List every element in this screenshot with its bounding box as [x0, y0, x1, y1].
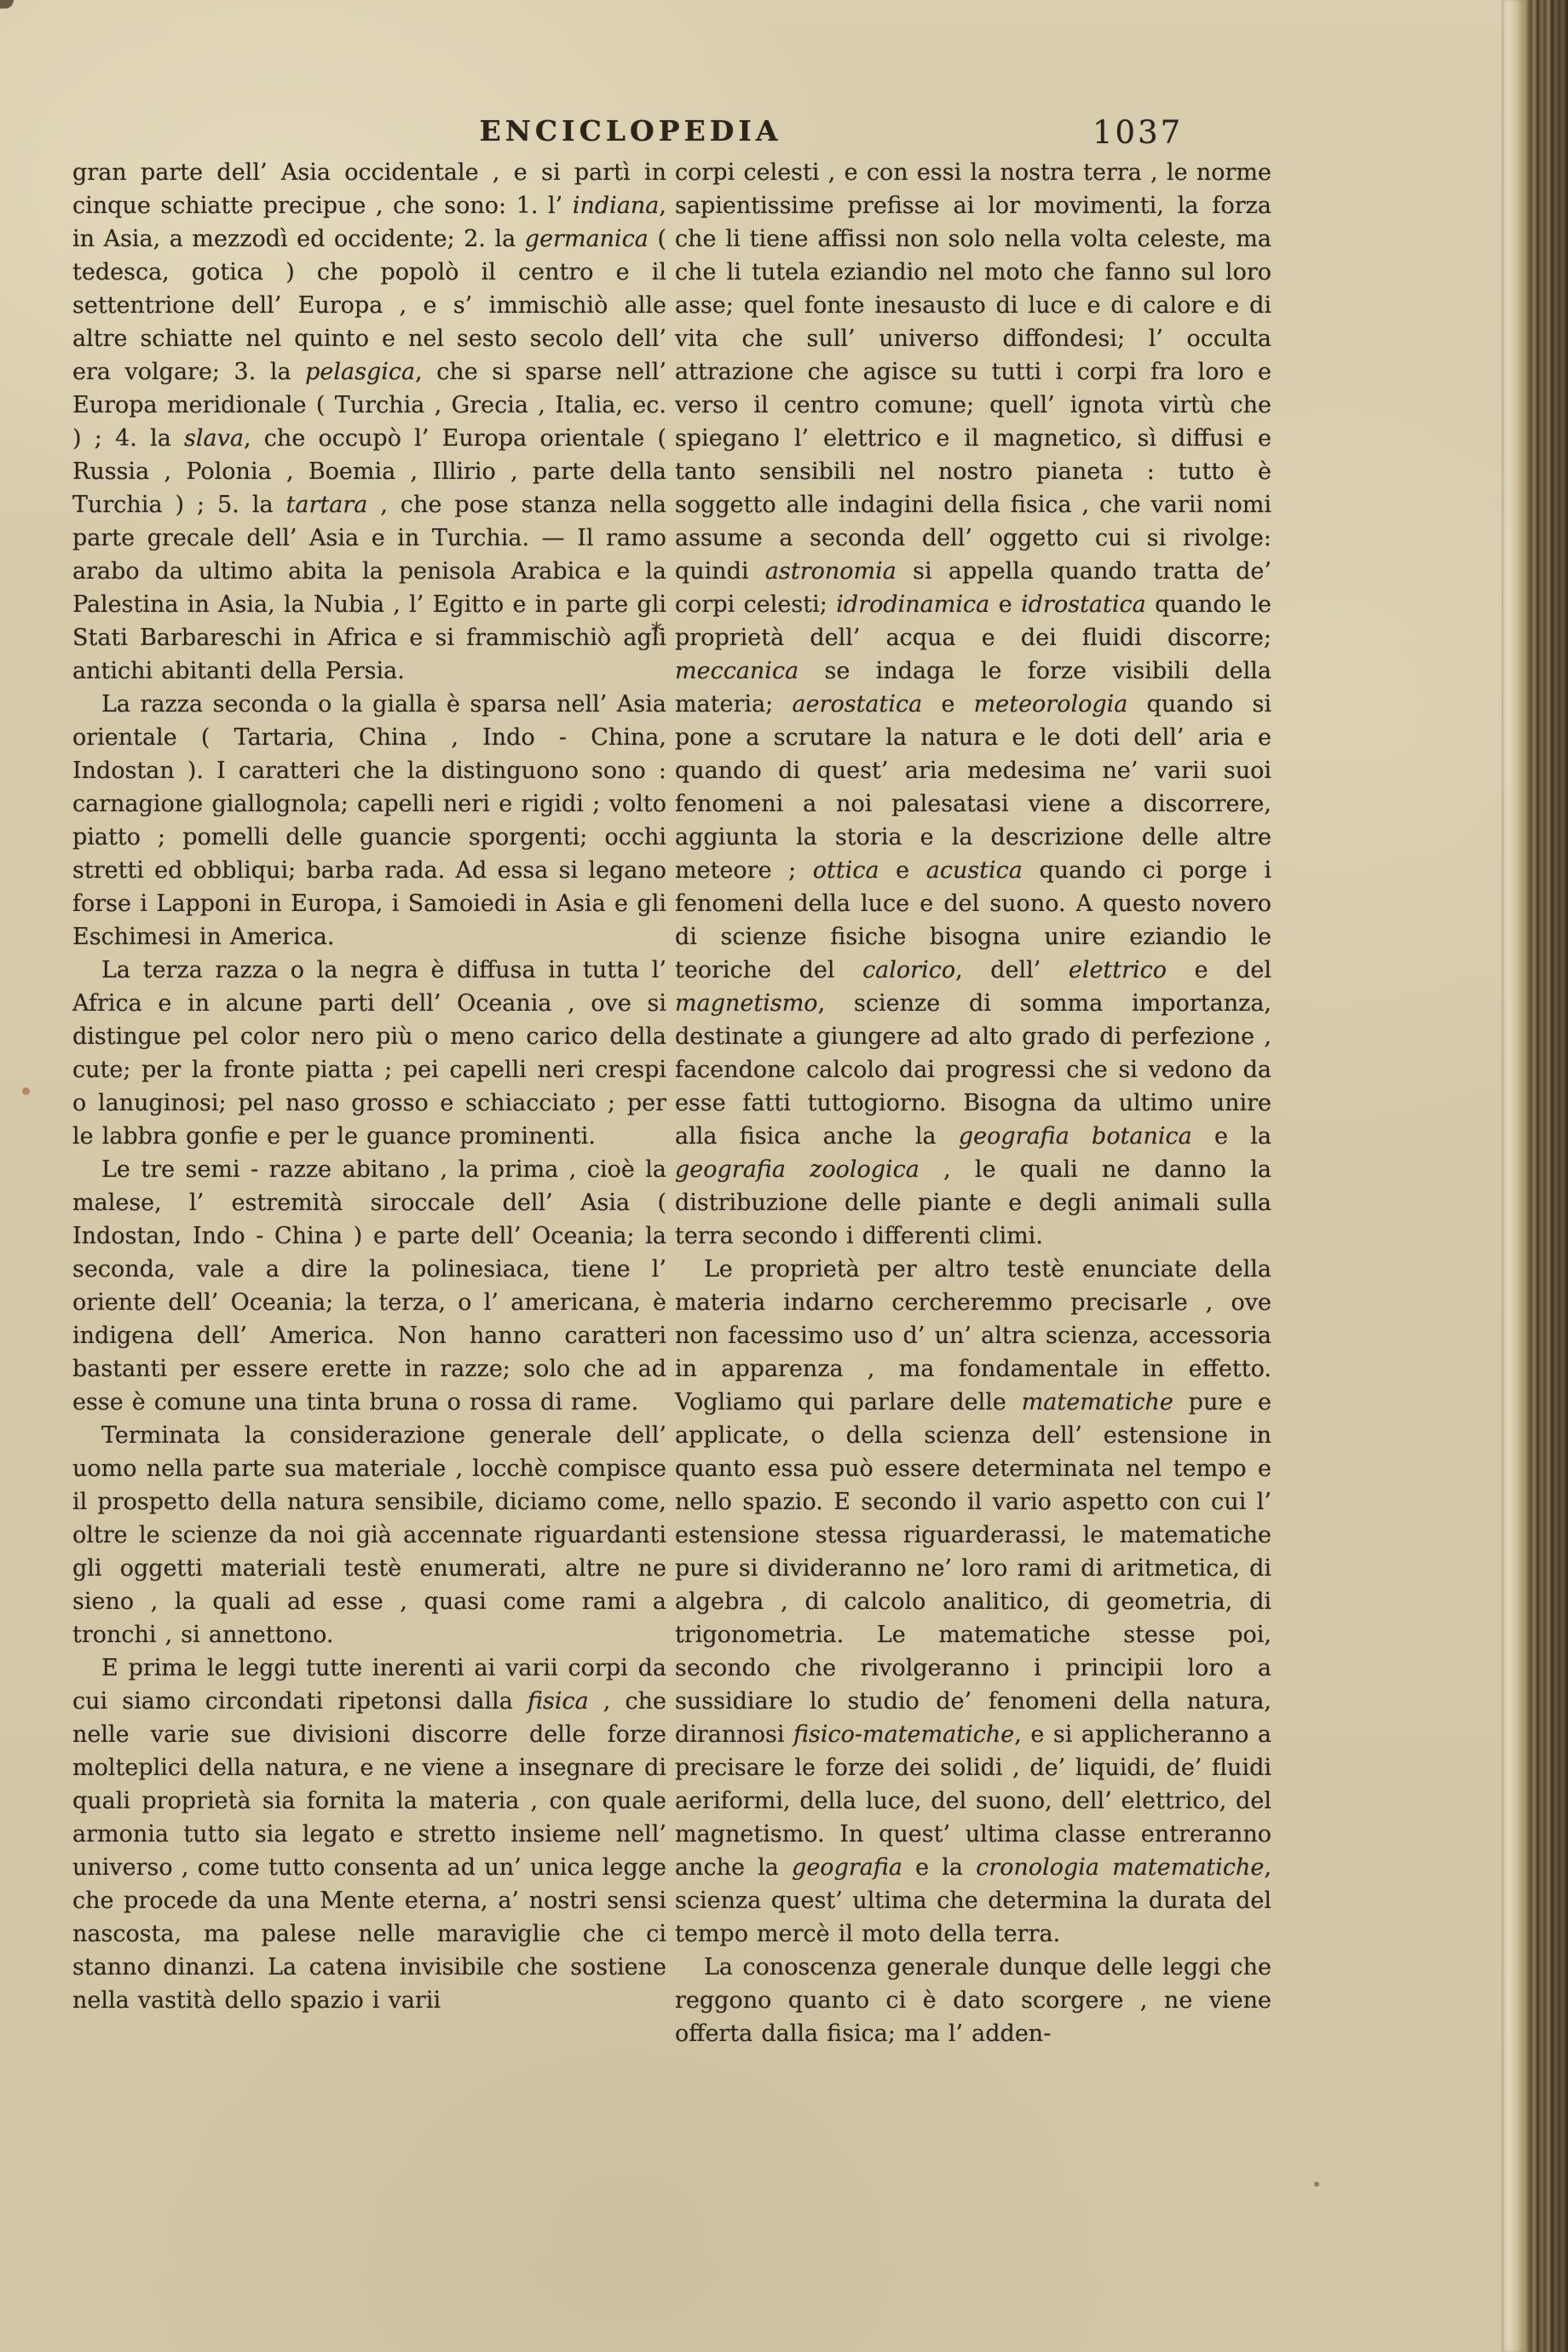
- paragraph: Le proprietà per altro testè enunciate d…: [675, 1253, 1271, 1951]
- stain-dot: [22, 1087, 30, 1095]
- ink-smudge: [1314, 2182, 1319, 2187]
- paragraph: La razza seconda o la gialla è sparsa ne…: [72, 688, 666, 954]
- paragraph: La terza razza o la negra è diffusa in t…: [72, 954, 666, 1153]
- column-right: corpi celesti , e con essi la nostra ter…: [675, 156, 1271, 2050]
- paragraph: Terminata la considerazione generale del…: [72, 1419, 666, 1652]
- footnote-mark: *: [651, 619, 662, 644]
- paragraph: E prima le leggi tutte inerenti ai varii…: [72, 1652, 666, 2017]
- page-title: ENCICLOPEDIA: [332, 114, 929, 147]
- corner-mark: [0, 0, 14, 9]
- paragraph: La conoscenza generale dunque delle legg…: [675, 1951, 1271, 2050]
- page-edge-lip: [1502, 0, 1524, 2352]
- column-left: gran parte dell’ Asia occidentale , e si…: [72, 156, 666, 2017]
- page-number: 1037: [1092, 114, 1263, 151]
- paragraph: gran parte dell’ Asia occidentale , e si…: [72, 156, 666, 688]
- book-edge-stack: [1524, 0, 1568, 2352]
- paragraph: Le tre semi - razze abitano , la prima ,…: [72, 1153, 666, 1419]
- page-background: ENCICLOPEDIA 1037 gran parte dell’ Asia …: [0, 0, 1568, 2352]
- paragraph: corpi celesti , e con essi la nostra ter…: [675, 156, 1271, 1253]
